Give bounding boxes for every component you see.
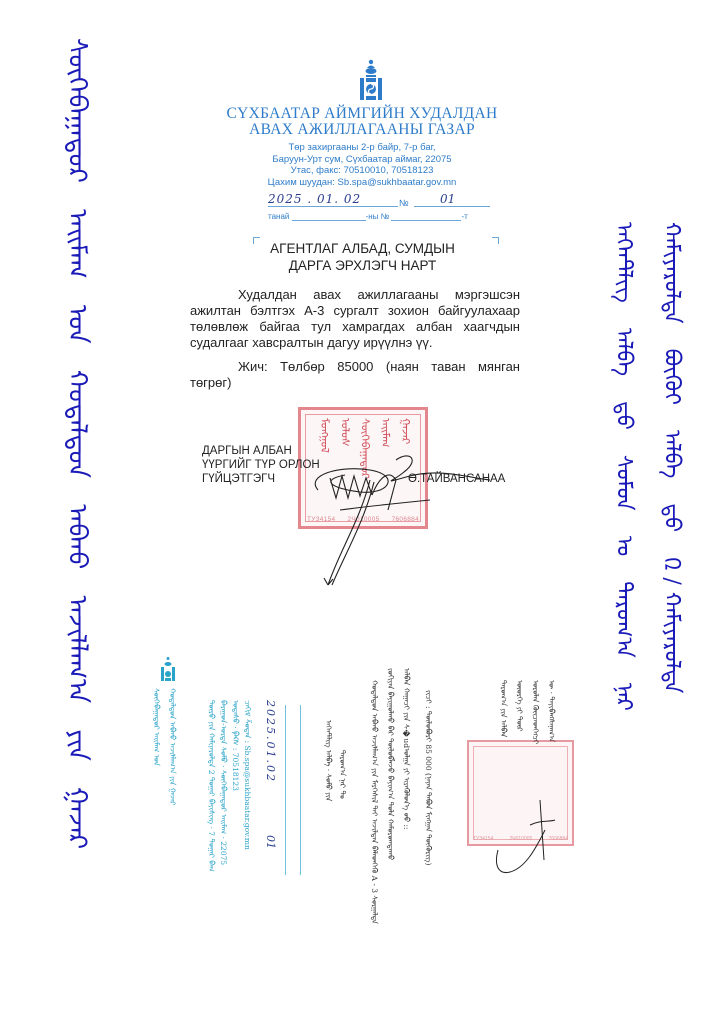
suffix-label: -т bbox=[461, 212, 467, 221]
blank-line bbox=[292, 212, 366, 221]
mini-ref-line bbox=[300, 705, 301, 875]
mongol-word: ᠨᠠᠷ bbox=[611, 683, 636, 711]
mongol-word: ᠤ bbox=[611, 536, 636, 557]
reply-reference-row: танай -ны № -т bbox=[268, 212, 488, 226]
mini-body-col: ᠵᠤᠬᠢᠶᠠᠨ ᠪᠠᠶᠢᠭᠤᠯᠬᠤ ᠪᠠᠷ ᠲᠥᠯᠥᠪᠯᠡᠵᠦ ᠪᠠᠶᠢᠭ᠎ᠠ … bbox=[384, 668, 397, 860]
mini-handwritten-number: 01 bbox=[264, 835, 277, 849]
mini-signer-col: ᠦᠦᠷᠭᠡ ᠶᠢ ᠲᠦᠷ bbox=[513, 680, 526, 731]
handwritten-signature bbox=[300, 440, 500, 590]
mongol-word: ᠰᠤᠮᠤᠨ bbox=[611, 455, 636, 511]
payment-note: Жич: Төлбөр 85000 (наян таван мянган төг… bbox=[190, 359, 520, 391]
number-label: № bbox=[399, 198, 409, 208]
reference-row: 2025 . 01. 02 № 01 bbox=[268, 192, 488, 212]
address-line: Баруун-Урт сум, Сүхбаатар аймаг, 22075 bbox=[200, 154, 524, 166]
document-date: 2025 . 01. 02 bbox=[268, 192, 398, 207]
mongol-script-right-column-2: ᠬᠠᠮᠢᠶᠠᠷᠤᠯᠲᠠ ᠪᠦᠬᠦᠢ ᠠᠯᠪᠠ ᠳ᠋ᠤ ᠒ / ᠬᠠᠮᠢᠶᠠᠷᠤᠯ… bbox=[652, 222, 690, 802]
mongol-word: ᠳ᠋ᠤ bbox=[611, 401, 636, 430]
your-label: танай bbox=[268, 212, 289, 221]
mongol-word: ᠠᠢᠮᠠᠭ bbox=[62, 209, 92, 278]
mini-signer-name: ᠥ · ᠲᠠᠶᠢᠪᠠᠩᠰᠠᠨᠠᠭ᠎ᠠ bbox=[545, 680, 558, 742]
mongol-word: ᠠᠭᠡᠨᠲ᠋ᠯᠢᠭ bbox=[611, 222, 636, 303]
org-name-line: АВАХ АЖИЛЛАГААНЫ ГАЗАР bbox=[200, 122, 524, 138]
mini-body-col: ᠬᠤᠳᠠᠯᠳᠤᠨ ᠠᠪᠬᠤ ᠠᠵᠢᠯᠯᠠᠭ᠎ᠠ ᠶᠢᠨ ᠮᠡᠷᠭᠡᠰᠢᠯ ᠲᠡᠢ… bbox=[368, 680, 381, 924]
mini-handwritten-date: 2025.01.02 bbox=[264, 700, 277, 783]
mini-org-name-col: ᠰᠦᠬᠡᠪᠠᠭᠠᠲᠤᠷ ᠠᠢᠮᠠᠭ ᠤᠨ bbox=[150, 688, 163, 766]
mini-handwritten-signature bbox=[490, 790, 570, 880]
mini-org-name-col: ᠬᠤᠳᠠᠯᠳᠤᠨ ᠠᠪᠬᠤ ᠠᠵᠢᠯᠯᠠᠭ᠎ᠠ ᠶᠢᠨ ᠭᠠᠵᠠᠷ bbox=[166, 688, 179, 805]
mongol-word: ᠠᠵᠢᠯᠯᠠᠭ᠎ᠠ bbox=[62, 595, 92, 703]
recipient-block: АГЕНТЛАГ АЛБАД, СУМДЫН ДАРГА ЭРХЛЭГЧ НАР… bbox=[240, 240, 485, 274]
mini-recipient-col: ᠳᠠᠷᠤᠭ᠎ᠠ ᠨᠠᠷ ᠲᠤ bbox=[336, 750, 349, 799]
your-number-label: -ны № bbox=[366, 212, 390, 221]
letter-body: Худалдан авах ажиллагааны мэргэшсэн ажил… bbox=[190, 287, 520, 399]
mongol-word: / bbox=[659, 577, 684, 584]
mongol-word: ᠠᠯᠪᠠ bbox=[659, 430, 684, 478]
mini-ref-line bbox=[285, 705, 286, 875]
mongol-word: ᠭᠠᠵᠠᠷ bbox=[62, 787, 92, 849]
mongol-word: ᠬᠤᠳᠠᠯᠳᠤᠨ bbox=[62, 370, 92, 478]
address-line: Төр захиргааны 2-р байр, 7-р баг, bbox=[200, 142, 524, 154]
address-corner-mark bbox=[492, 237, 499, 244]
mongol-script-left-column: ᠰᠦᠬᠡᠪᠠᠭᠠᠲᠤᠷ ᠠᠢᠮᠠᠭ ᠤᠨ ᠬᠤᠳᠠᠯᠳᠤᠨ ᠠᠪᠬᠤ ᠠᠵᠢᠯᠯ… bbox=[54, 38, 100, 998]
recipient-line: АГЕНТЛАГ АЛБАД, СУМДЫН bbox=[240, 240, 485, 257]
mongol-word: ᠬᠠᠮᠢᠶᠠᠷᠤᠯᠲᠠ bbox=[659, 592, 684, 694]
mini-email-col: ᠴᠠᠬᠢᠮ ᠱᠤᠳᠠᠨ : Sb.spa@sukhbaatar.gov.mn bbox=[241, 700, 254, 850]
soyombo-emblem-icon bbox=[358, 58, 384, 102]
mini-body-col: ᠠᠯᠪᠠᠨ ᠬᠠᠭᠠᠴᠢ ᠶᠢᠨ ᠰ�udᠤᠯᠭᠠ ᠶᠢ ᠢᠷᠡᠭᠦᠯᠦᠨ᠎ᠡ … bbox=[400, 668, 413, 830]
mongol-script-right-column-1: ᠠᠭᠡᠨᠲ᠋ᠯᠢᠭ ᠠᠯᠪᠠ ᠳ᠋ᠤ ᠰᠤᠮᠤᠨ ᠤ ᠳᠠᠷᠤᠭ᠎ᠠ ᠨᠠᠷ bbox=[604, 222, 642, 802]
recipient-line: ДАРГА ЭРХЛЭГЧ НАРТ bbox=[240, 257, 485, 274]
email-line: Цахим шуудан: Sb.spa@sukhbaatar.gov.mn bbox=[200, 177, 524, 189]
mongol-word: ᠰᠦᠬᠡᠪᠠᠭᠠᠲᠤᠷ bbox=[62, 38, 92, 183]
org-name-line: СҮХБААТАР АЙМГИЙН ХУДАЛДАН bbox=[200, 106, 524, 122]
mongol-word: ᠪᠦᠬᠦᠢ bbox=[659, 349, 684, 405]
mini-soyombo-emblem-icon bbox=[160, 656, 176, 682]
phone-line: Утас, факс: 70510010, 70518123 bbox=[200, 165, 524, 177]
organization-address: Төр захиргааны 2-р байр, 7-р баг, Баруун… bbox=[200, 142, 524, 188]
mongol-word: ᠤᠨ bbox=[62, 305, 92, 344]
mongol-word: ᠳ᠋ᠤ bbox=[659, 503, 684, 532]
body-paragraph: Худалдан авах ажиллагааны мэргэшсэн ажил… bbox=[190, 287, 520, 351]
document-number: 01 bbox=[414, 192, 490, 207]
mongol-word: ᠬᠠᠮᠢᠶᠠᠷᠤᠯᠲᠠ bbox=[659, 222, 684, 324]
mini-signer-col: ᠣᠷᠣᠯᠠᠨ ᠭᠦᠢᠴᠡᠳᠬᠡᠭᠴᠢ bbox=[529, 680, 542, 744]
mongol-word: ᠶᠢᠨ bbox=[62, 729, 92, 760]
blank-line bbox=[391, 212, 461, 221]
mongol-word: ᠠᠪᠬᠤ bbox=[62, 504, 92, 569]
mongol-word: ᠒ bbox=[659, 557, 684, 570]
mini-note-col: ᠵᠢᠴᠢ : ᠲᠥᠯᠥᠪᠦᠷᠢ 85 000 (ᠨᠠᠶᠠᠨ ᠲᠠᠪᠤᠨ ᠮᠢᠩᠭ… bbox=[422, 690, 435, 865]
organization-name: СҮХБААТАР АЙМГИЙН ХУДАЛДАН АВАХ АЖИЛЛАГА… bbox=[200, 106, 524, 138]
mini-recipient-col: ᠠᠭᠡᠨᠲ᠋ᠯᠢᠭ ᠠᠯᠪᠠ · ᠰᠤᠮᠤ ᠶᠢᠨ bbox=[322, 720, 335, 801]
mongol-word: ᠠᠯᠪᠠ bbox=[611, 328, 636, 376]
mongol-word: ᠳᠠᠷᠤᠭ᠎ᠠ bbox=[611, 581, 636, 658]
mini-signer-col: ᠳᠠᠷᠤᠭ᠎ᠠ ᠶᠢᠨ ᠠᠯᠪᠠᠨ bbox=[497, 680, 510, 737]
